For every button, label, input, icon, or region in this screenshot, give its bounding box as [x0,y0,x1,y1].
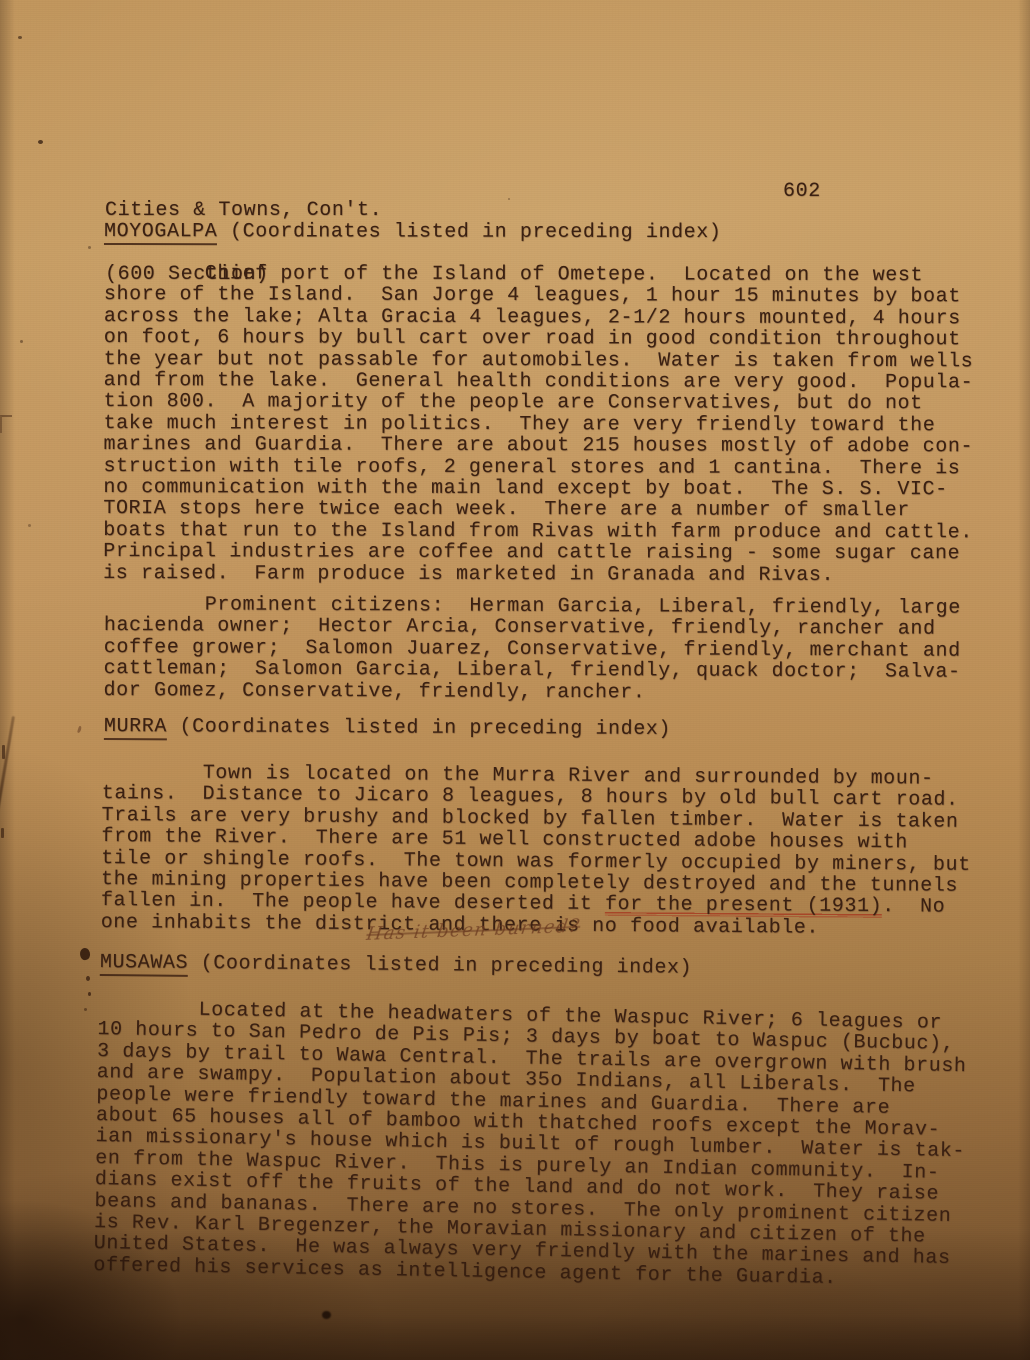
section-heading-word: MOYOGALPA [104,221,217,246]
section-heading-murra: MURRA (Coordinates listed in preceding i… [104,716,671,743]
section-heading-word: MURRA [104,716,167,741]
dark-stain-dot [322,1311,331,1319]
page-number: 602 [783,181,821,202]
ink-blot [79,947,92,961]
paper-speck [88,246,91,249]
paragraph-murra-description: Town is located on the Murra River and s… [101,762,972,940]
paper-speck [38,140,43,144]
paper-speck [28,524,31,527]
edge-dash-mark [2,745,5,759]
edge-dash-mark [1,828,4,838]
typed-line: dor Gomez, Conservative, friendly, ranch… [104,680,961,705]
paragraph-moyogalpa-description: Chief port of the Island of Ometepe. Loc… [103,263,973,586]
edge-tick-mark [0,415,12,433]
scanned-document-page: Cities & Towns, Con't. (600 Section) 602… [0,0,1030,1360]
section-heading-suffix: (Coordinates listed in preceding index) [217,220,721,244]
paragraph-moyogalpa-citizens: Prominent citizens: Herman Garcia, Liber… [104,594,961,705]
paragraph-musawas-description: Located at the headwaters of the Waspuc … [93,998,967,1291]
pencil-comma-mark [77,726,82,734]
section-heading-moyogalpa: MOYOGALPA (Coordinates listed in precedi… [104,221,722,246]
typed-text: . No [882,896,945,919]
ink-dot [86,976,90,981]
ink-dot [84,1008,87,1011]
paper-speck [508,198,510,200]
section-heading-word: MUSAWAS [100,952,188,977]
section-heading-musawas: MUSAWAS (Coordinates listed in preceding… [100,952,693,982]
paper-speck [18,36,22,39]
section-heading-suffix: (Coordinates listed in preceding index) [167,715,671,741]
header-title: Cities & Towns, Con't. [105,200,382,221]
paper-speck [20,340,23,343]
scratch-mark [0,716,15,916]
typed-line: is raised. Farm produce is marketed in G… [103,563,973,587]
ink-dot [88,992,91,996]
section-heading-suffix: (Coordinates listed in preceding index) [188,952,692,980]
